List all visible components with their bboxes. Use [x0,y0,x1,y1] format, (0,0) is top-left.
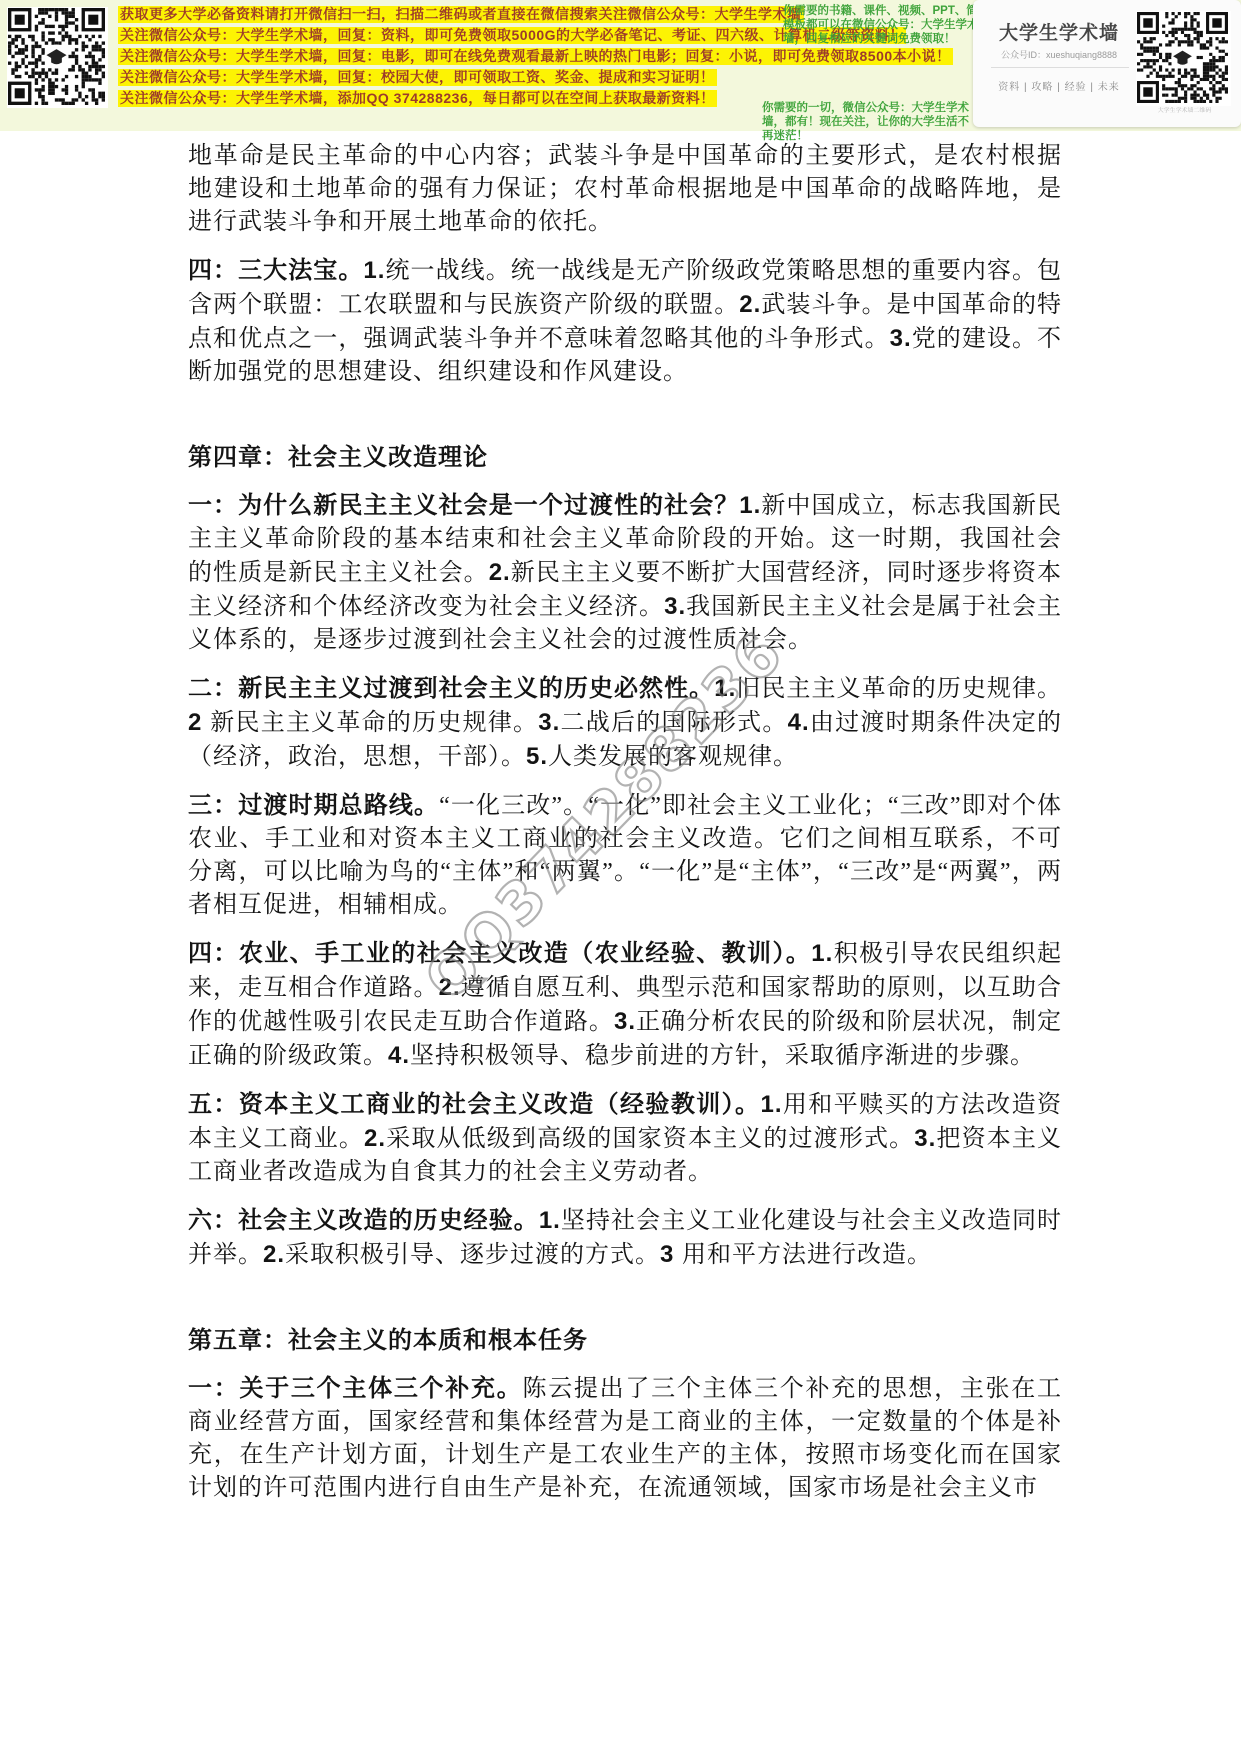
document-page: 获取更多大学必备资料请打开微信扫一扫，扫描二维码或者直接在微信搜索关注微信公众号… [0,0,1241,1754]
qr-code-left [7,7,108,108]
qr-caption: 大学生学术墙二维码 [1143,106,1225,115]
paragraph: 一：为什么新民主主义社会是一个过渡性的社会？1.新中国成立，标志我国新民主主义革… [188,489,1062,657]
paragraph: 五：资本主义工商业的社会主义改造（经验教训）。1.用和平赎买的方法改造资本主义工… [188,1088,1062,1189]
promo-line: 关注微信公众号：大学生学术墙，添加QQ 374288236，每日都可以在空间上获… [118,90,717,107]
brand-card: 大学生学术墙 公众号ID：xueshuqiang8888 资料 | 攻略 | 经… [973,0,1241,127]
chapter-heading: 第四章：社会主义改造理论 [188,441,1062,474]
qr-code-left-image [8,8,105,105]
qr-code-right [1136,11,1231,106]
brand-title: 大学生学术墙 [981,18,1137,45]
brand-account-id: 公众号ID：xueshuqiang8888 [981,48,1137,61]
paragraph: 四：三大法宝。1.统一战线。统一战线是无产阶级政党策略思想的重要内容。包含两个联… [188,254,1062,389]
promo-header: 获取更多大学必备资料请打开微信扫一扫，扫描二维码或者直接在微信搜索关注微信公众号… [0,0,1241,131]
promo-note-bottom: 你需要的一切，微信公众号：大学生学术墙，都有！现在关注，让你的大学生活不再迷茫！ [762,101,980,143]
divider [991,67,1129,68]
paragraph: 四：农业、手工业的社会主义改造（农业经验、教训）。1.积极引导农民组织起来，走互… [188,937,1062,1073]
paragraph: 六：社会主义改造的历史经验。1.坚持社会主义工业化建设与社会主义改造同时并举。2… [188,1204,1062,1272]
promo-line: 关注微信公众号：大学生学术墙，回复：电影，即可在线免费观看最新上映的热门电影；回… [118,48,953,65]
chapter-heading: 第五章：社会主义的本质和根本任务 [188,1324,1062,1357]
promo-line: 获取更多大学必备资料请打开微信扫一扫，扫描二维码或者直接在微信搜索关注微信公众号… [118,6,804,23]
promo-note-top: 你需要的书籍、课件、视频、PPT、简历模板都可以在微信公众号：大学生学术墙，回复… [783,4,995,46]
paragraph: 地革命是民主革命的中心内容；武装斗争是中国革命的主要形式，是农村根据地建设和土地… [188,140,1062,239]
paragraph: 一：关于三个主体三个补充。陈云提出了三个主体三个补充的思想，主张在工商业经营方面… [188,1372,1062,1505]
brand-tagline: 资料 | 攻略 | 经验 | 未来 [981,78,1137,93]
promo-line: 关注微信公众号：大学生学术墙，回复：校园大使，即可领取工资、奖金、提成和实习证明… [118,69,717,86]
qr-code-right-image [1137,12,1228,103]
